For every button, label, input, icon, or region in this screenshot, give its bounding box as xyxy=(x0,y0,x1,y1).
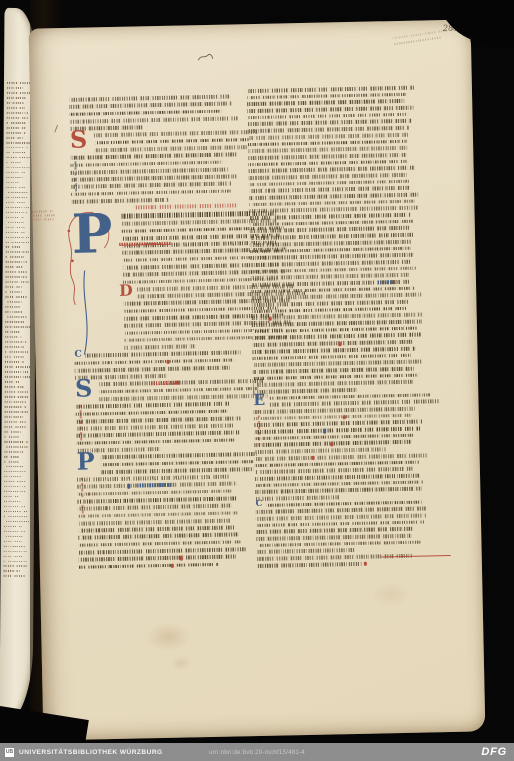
library-name: UNIVERSITÄTSBIBLIOTHEK WÜRZBURG xyxy=(19,749,163,756)
text-column-right: EC xyxy=(247,86,429,571)
dfg-logo: DFG xyxy=(481,746,514,758)
text-column-left: SPDCSP xyxy=(69,94,247,572)
manuscript-photo: 281 / SPDCSP EC xyxy=(0,0,514,743)
parchment-stain xyxy=(170,655,192,670)
viewer-footer-bar: UB UNIVERSITÄTSBIBLIOTHEK WÜRZBURG urn:n… xyxy=(0,743,514,761)
marginal-slash-mark: / xyxy=(54,124,58,135)
previous-page-text-lines xyxy=(4,82,33,581)
library-logo: UB xyxy=(5,748,14,757)
parchment-stain xyxy=(145,621,192,652)
marginal-gloss xyxy=(30,210,58,223)
pencil-note xyxy=(392,27,463,48)
urn-identifier: urn:nbn:de:bvb:20-mchf15/481-4 xyxy=(209,749,305,756)
parchment-stain xyxy=(370,581,411,608)
manuscript-page: 281 / SPDCSP EC xyxy=(29,19,486,740)
ink-mark xyxy=(197,53,215,63)
